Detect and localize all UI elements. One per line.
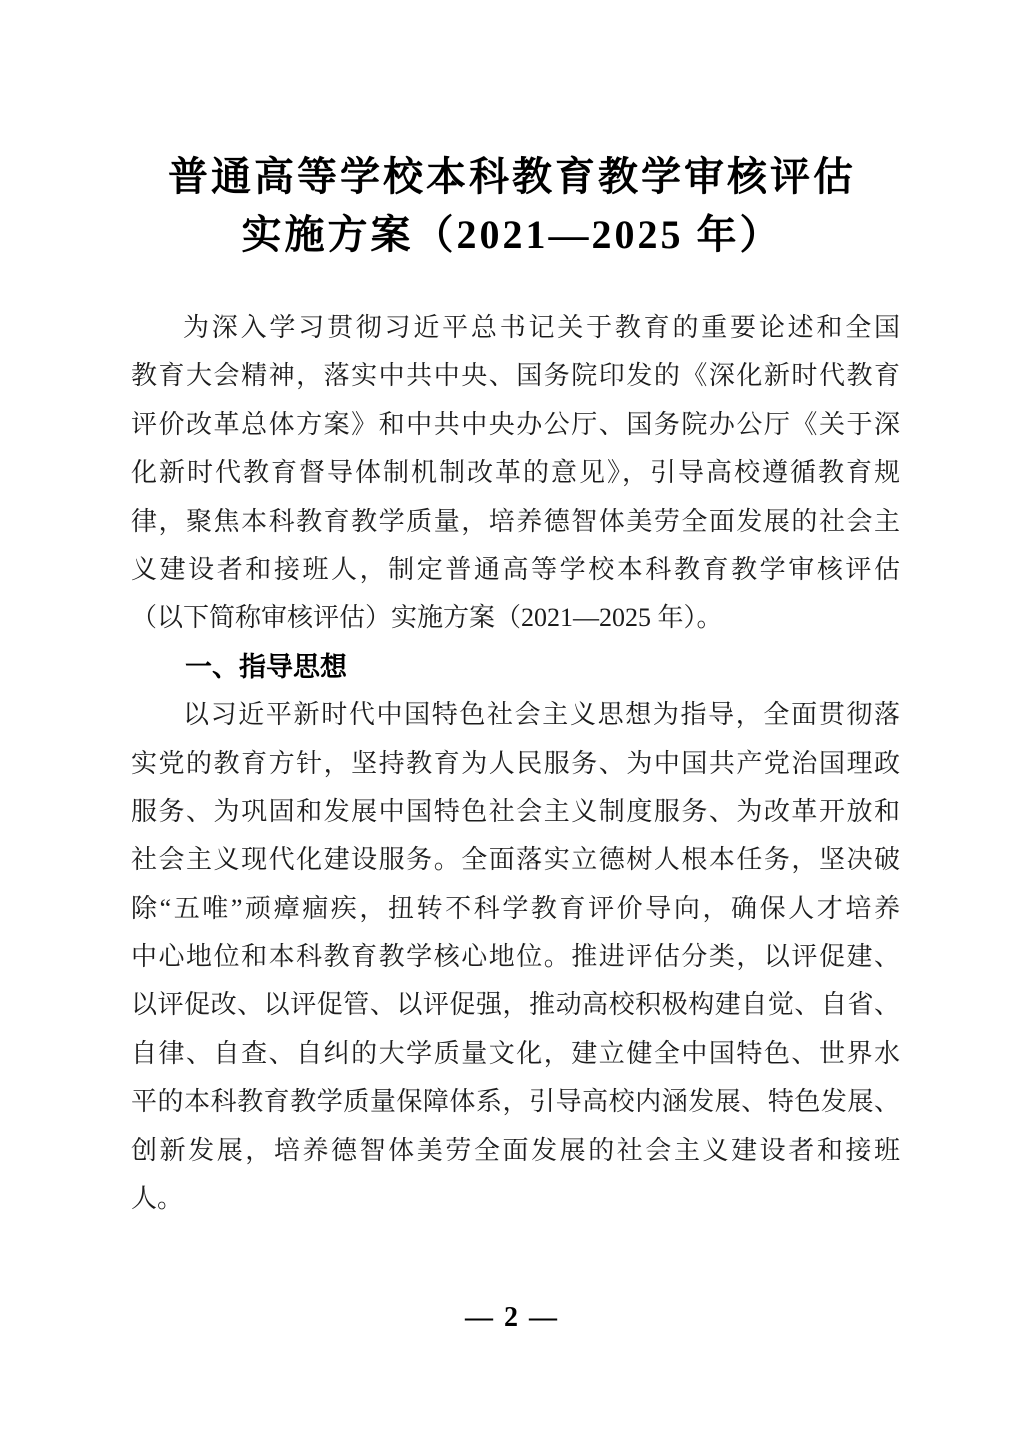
- paragraph1-line-1: 为深入学习贯彻习近平总书记关于教育的重要论述和全国: [131, 304, 900, 352]
- paragraph2-line-4: 社会主义现代化建设服务。全面落实立德树人根本任务，坚决破: [131, 836, 900, 884]
- paragraph2-line-9: 平的本科教育教学质量保障体系，引导高校内涵发展、特色发展、: [131, 1078, 900, 1126]
- paragraph2-line-10: 创新发展，培养德智体美劳全面发展的社会主义建设者和接班: [131, 1127, 900, 1175]
- paragraph1-line-7: （以下简称审核评估）实施方案（2021—2025 年）。: [131, 594, 900, 642]
- page-number-label: — 2 —: [465, 1302, 559, 1333]
- paragraph-2: 以习近平新时代中国特色社会主义思想为指导，全面贯彻落 实党的教育方针，坚持教育为…: [131, 691, 900, 1223]
- title-line-2: 实施方案（2021—2025 年）: [0, 206, 1024, 264]
- paragraph2-line-3: 服务、为巩固和发展中国特色社会主义制度服务、为改革开放和: [131, 788, 900, 836]
- paragraph2-line-7: 以评促改、以评促管、以评促强，推动高校积极构建自觉、自省、: [131, 981, 900, 1029]
- document-body: 为深入学习贯彻习近平总书记关于教育的重要论述和全国 教育大会精神，落实中共中央、…: [131, 304, 900, 1223]
- paragraph2-line-1: 以习近平新时代中国特色社会主义思想为指导，全面贯彻落: [131, 691, 900, 739]
- paragraph1-line-2: 教育大会精神，落实中共中央、国务院印发的《深化新时代教育: [131, 352, 900, 400]
- paragraph2-line-6: 中心地位和本科教育教学核心地位。推进评估分类，以评促建、: [131, 933, 900, 981]
- paragraph1-line-6: 义建设者和接班人，制定普通高等学校本科教育教学审核评估: [131, 546, 900, 594]
- paragraph-1: 为深入学习贯彻习近平总书记关于教育的重要论述和全国 教育大会精神，落实中共中央、…: [131, 304, 900, 643]
- paragraph1-line-5: 律，聚焦本科教育教学质量，培养德智体美劳全面发展的社会主: [131, 498, 900, 546]
- document-page: 普通高等学校本科教育教学审核评估 实施方案（2021—2025 年） 为深入学习…: [0, 0, 1024, 1448]
- section-heading-guiding-ideology: 一、指导思想: [131, 643, 900, 691]
- paragraph2-line-8: 自律、自查、自纠的大学质量文化，建立健全中国特色、世界水: [131, 1030, 900, 1078]
- paragraph2-line-5: 除“五唯”顽瘴痼疾，扭转不科学教育评价导向，确保人才培养: [131, 885, 900, 933]
- document-title: 普通高等学校本科教育教学审核评估 实施方案（2021—2025 年）: [0, 148, 1024, 264]
- paragraph1-line-3: 评价改革总体方案》和中共中央办公厅、国务院办公厅《关于深: [131, 401, 900, 449]
- title-line-1: 普通高等学校本科教育教学审核评估: [0, 148, 1024, 206]
- page-number: — 2 —: [0, 1298, 1024, 1338]
- paragraph1-line-4: 化新时代教育督导体制机制改革的意见》，引导高校遵循教育规: [131, 449, 900, 497]
- paragraph2-line-2: 实党的教育方针，坚持教育为人民服务、为中国共产党治国理政: [131, 740, 900, 788]
- paragraph2-line-11: 人。: [131, 1175, 900, 1223]
